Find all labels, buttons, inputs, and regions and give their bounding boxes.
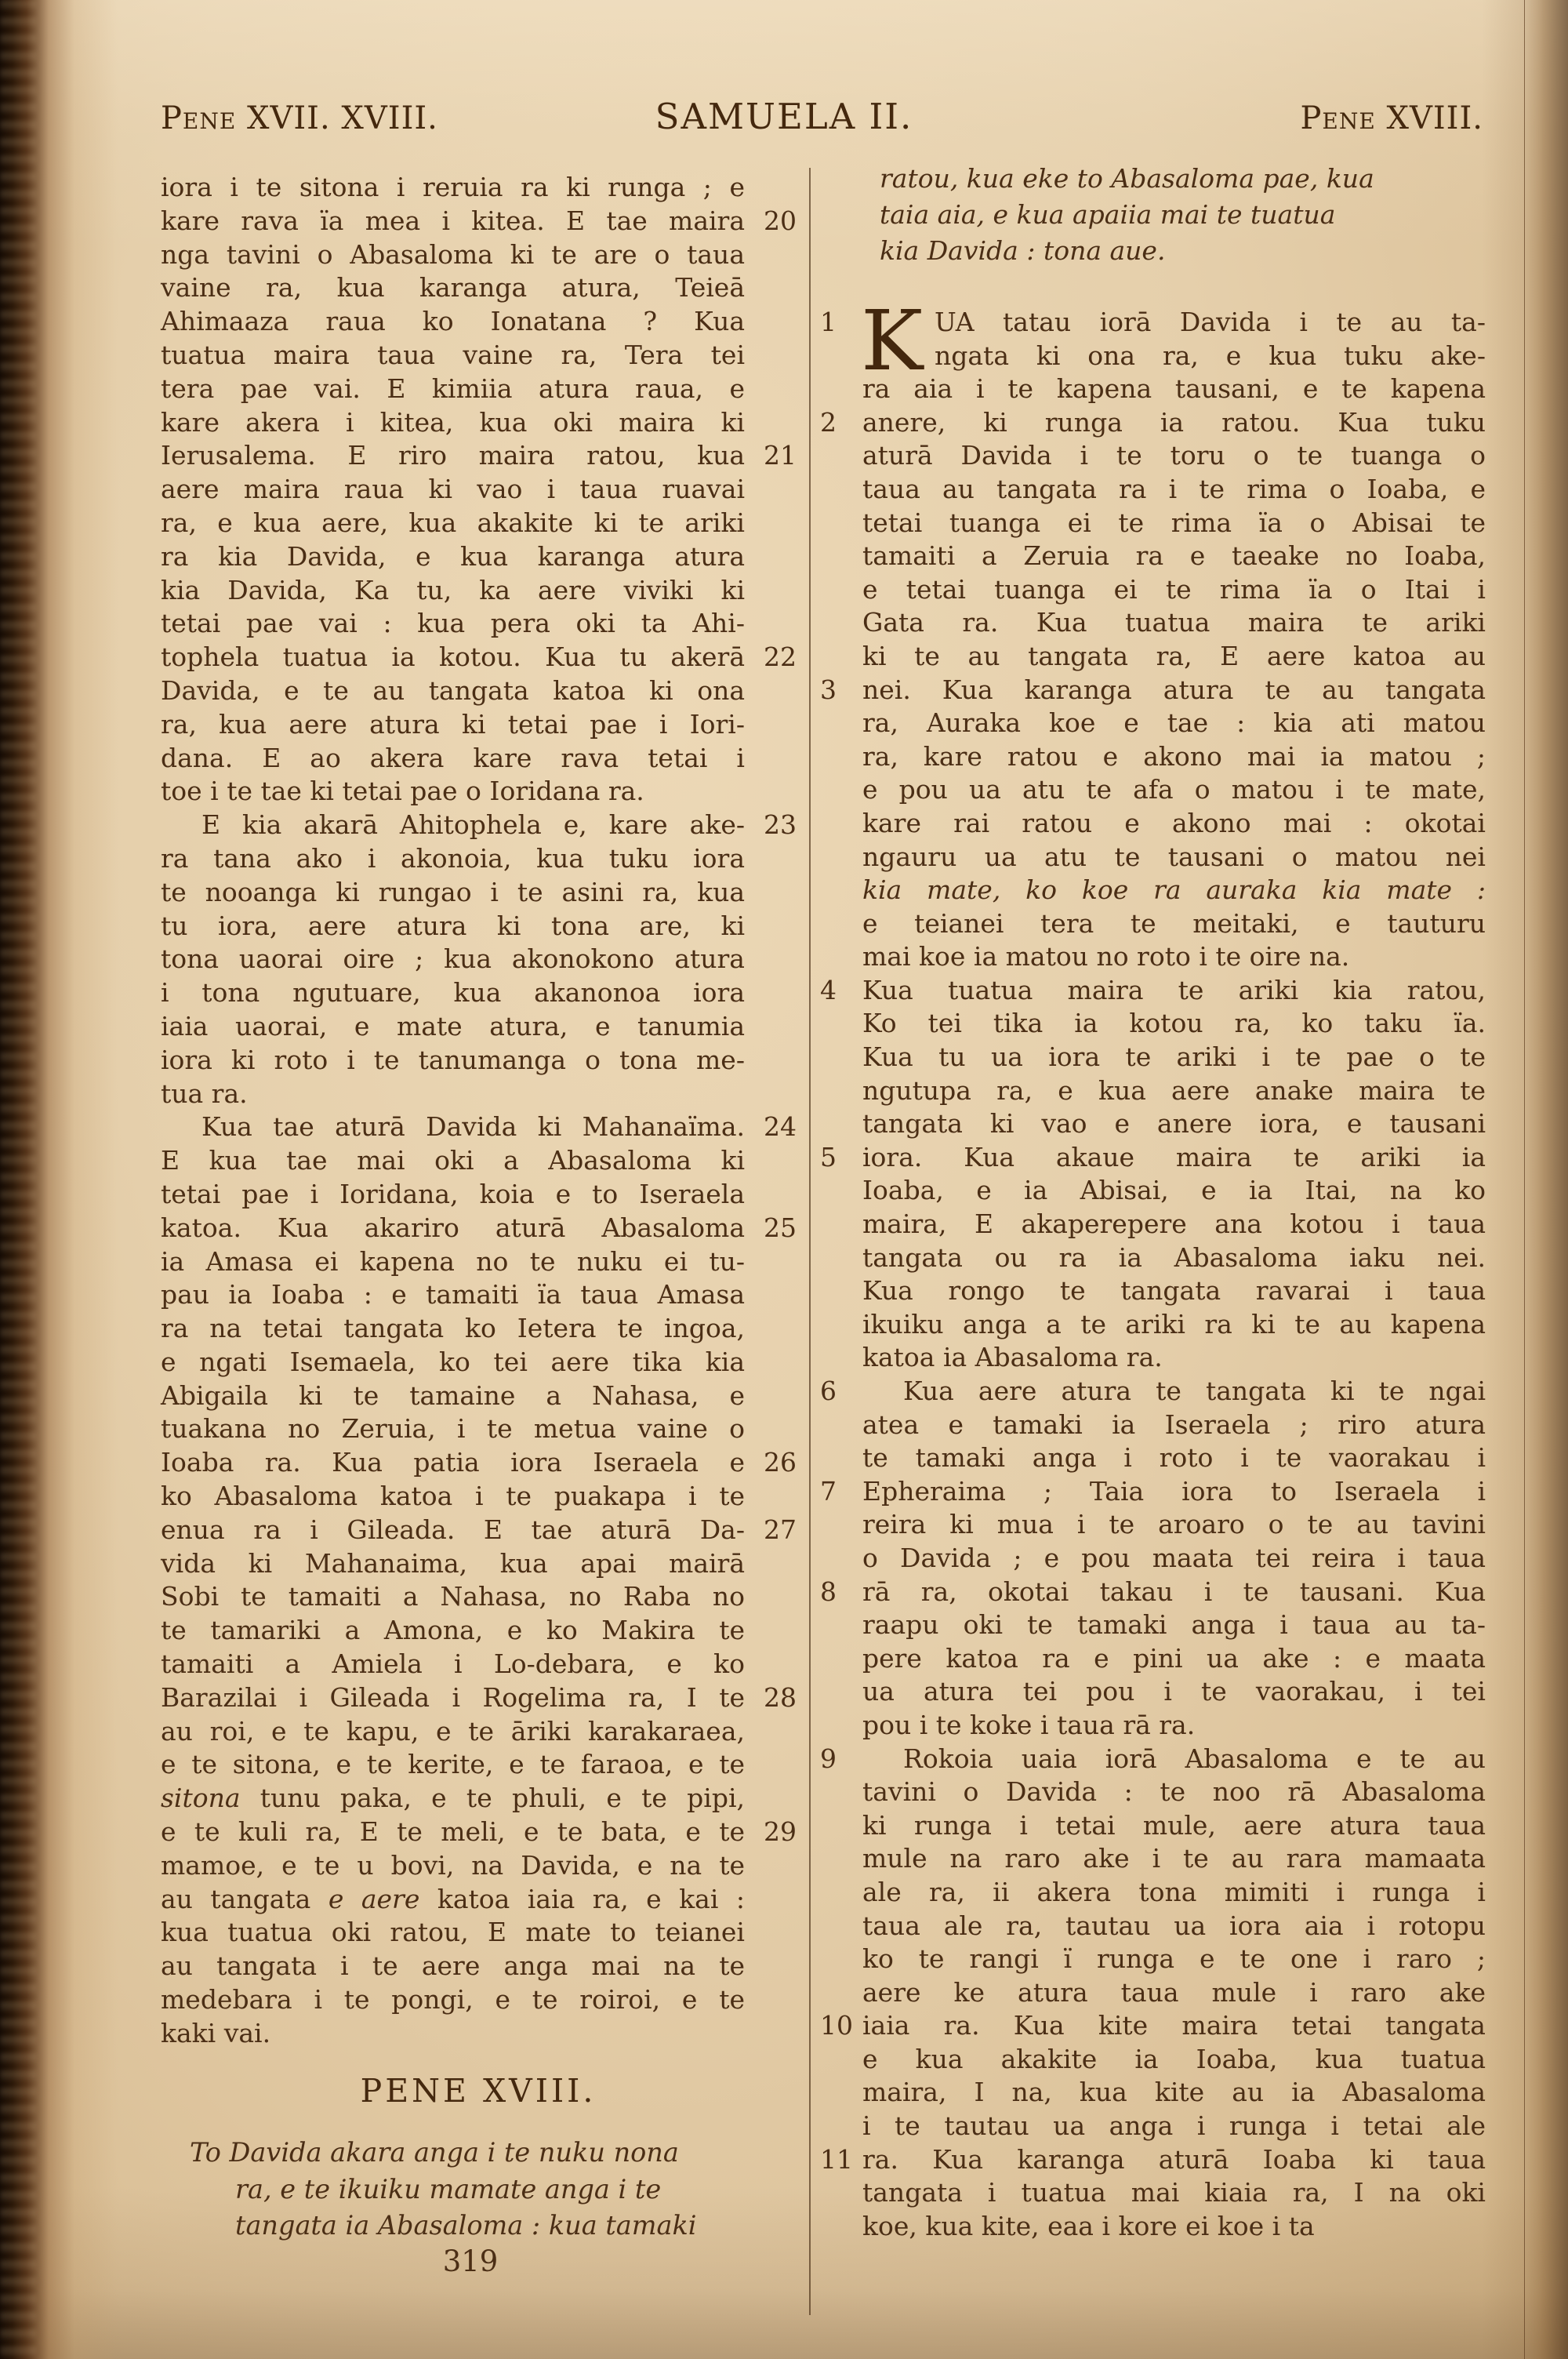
text-line-content: tu iora, aere atura ki tona are, ki xyxy=(161,911,745,941)
text-line: 25katoa. Kua akariro aturā Abasaloma xyxy=(161,1212,745,1245)
text-line: 3nei. Kua karanga atura te au tangata xyxy=(862,674,1486,707)
verse-number: 23 xyxy=(764,809,818,842)
text-line-content: ra tana ako i akonoia, kua tuku iora xyxy=(161,843,745,874)
text-line: ra na tetai tangata ko Ietera te ingoa, xyxy=(161,1312,745,1346)
text-line-content: ra na tetai tangata ko Ietera te ingoa, xyxy=(161,1313,745,1343)
text-line: tuakana no Zeruia, i te metua vaine o xyxy=(161,1412,745,1446)
text-line-content: ra, e kua aere, kua akakite ki te ariki xyxy=(161,507,745,538)
text-line-content: anere, ki runga ia ratou. Kua tuku xyxy=(862,407,1486,438)
text-line-content: Ierusalema. E riro maira ratou, kua xyxy=(161,440,745,471)
text-line-content: mule na raro ake i te au rara mamaata xyxy=(862,1843,1486,1874)
text-line-content: Rokoia uaia iorā Abasaloma e te au xyxy=(903,1743,1486,1774)
verse-number: 5 xyxy=(820,1141,859,1175)
text-line: mule na raro ake i te au rara mamaata xyxy=(862,1842,1486,1876)
text-line: aere ke atura taua mule i raro ake xyxy=(862,1976,1486,2010)
text-line-content: ra, Auraka koe e tae : kia ati matou xyxy=(862,707,1486,738)
text-line: 8rā ra, okotai takau i te tausani. Kua xyxy=(862,1576,1486,1609)
text-line-content: rā ra, okotai takau i te tausani. Kua xyxy=(862,1576,1486,1607)
text-line: ko Abasaloma katoa i te puakapa i te xyxy=(161,1480,745,1514)
text-line: ra kia Davida, e kua karanga atura xyxy=(161,540,745,574)
text-line: ngata ki ona ra, e kua tuku ake- xyxy=(862,340,1486,373)
text-line-content: pau ia Ioaba : e tamaiti ïa taua Amasa xyxy=(161,1279,745,1310)
text-line-content: katoa ia Abasaloma ra. xyxy=(862,1342,1163,1372)
text-line: e teianei tera te meitaki, e tauturu xyxy=(862,907,1486,941)
text-line: e kua akakite ia Ioaba, kua tuatua xyxy=(862,2043,1486,2077)
running-head-title: SAMUELA II. xyxy=(619,96,949,137)
text-line: Ahimaaza raua ko Ionatana ? Kua xyxy=(161,305,745,339)
text-line-content: maira, I na, kua kite au ia Abasaloma xyxy=(862,2077,1486,2107)
text-line: reira ki mua i te aroaro o te au tavini xyxy=(862,1508,1486,1542)
text-line-content: vaine ra, kua karanga atura, Teieā xyxy=(161,272,745,303)
text-line-content: e teianei tera te meitaki, e tauturu xyxy=(862,908,1486,939)
text-line: kaki vai. xyxy=(161,2017,745,2051)
verse-number: 4 xyxy=(820,974,859,1008)
text-line-content: aere ke atura taua mule i raro ake xyxy=(862,1977,1486,2008)
summary-line: ratou, kua eke to Abasaloma pae, kua xyxy=(880,161,1496,197)
text-line-content: ra. Kua karanga aturā Ioaba ki taua xyxy=(862,2144,1486,2175)
text-line-content: te nooanga ki rungao i te asini ra, kua xyxy=(161,877,745,907)
text-line-content: e te kuli ra, E te meli, e te bata, e te xyxy=(161,1816,745,1847)
text-line-content: tamaiti a Amiela i Lo-debara, e ko xyxy=(161,1648,745,1679)
text-line: 20kare rava ïa mea i kitea. E tae maira xyxy=(161,205,745,238)
text-line: kia mate, ko koe ra auraka kia mate : xyxy=(862,874,1486,907)
text-line: tangata ki vao e anere iora, e tausani xyxy=(862,1107,1486,1141)
text-line: medebara i te pongi, e te roiroi, e te xyxy=(161,1983,745,2017)
text-line: 5iora. Kua akaue maira te ariki ia xyxy=(862,1141,1486,1175)
text-line-content: koe, kua kite, eaa i kore ei koe i ta xyxy=(862,2211,1315,2241)
text-line: 4Kua tuatua maira te ariki kia ratou, xyxy=(862,974,1486,1008)
summary-line-content: kia Davida : tona aue. xyxy=(880,235,1165,266)
text-line: kare akera i kitea, kua oki maira ki xyxy=(161,406,745,440)
text-line-content: tangata ou ra ia Abasaloma iaku nei. xyxy=(862,1242,1486,1273)
page-right-edge xyxy=(1524,0,1568,2359)
text-line: kua tuatua oki ratou, E mate to teianei xyxy=(161,1916,745,1950)
text-line-content: e te sitona, e te kerite, e te faraoa, e… xyxy=(161,1749,745,1779)
text-line: tu iora, aere atura ki tona are, ki xyxy=(161,910,745,943)
summary-line: ra, e te ikuiku mamate anga i te xyxy=(190,2172,762,2208)
text-line: tavini o Davida : te noo rā Abasaloma xyxy=(862,1776,1486,1809)
text-line-content: Ahimaaza raua ko Ionatana ? Kua xyxy=(161,306,745,336)
text-line: ale ra, ii akera tona mimiti i runga i xyxy=(862,1876,1486,1910)
text-line-content: UA tatau iorā Davida i te au ta- xyxy=(935,307,1486,337)
text-line: ra aia i te kapena tausani, e te kapena xyxy=(862,373,1486,406)
text-line: atea e tamaki ia Iseraela ; riro atura xyxy=(862,1408,1486,1442)
text-line: 2anere, ki runga ia ratou. Kua tuku xyxy=(862,406,1486,440)
text-line-content: Ko tei tika ia kotou ra, ko taku ïa. xyxy=(862,1008,1486,1038)
running-head-left: Pene XVII. XVIII. xyxy=(161,100,438,136)
text-line-content: mamoe, e te u bovi, na Davida, e na te xyxy=(161,1850,745,1881)
text-line: ra, Auraka koe e tae : kia ati matou xyxy=(862,707,1486,740)
text-line-content: iaia ra. Kua kite maira tetai tangata xyxy=(862,2010,1486,2041)
text-line-content: ale ra, ii akera tona mimiti i runga i xyxy=(862,1877,1486,1907)
text-line: ua atura tei pou i te vaorakau, i tei xyxy=(862,1675,1486,1709)
verse-number: 11 xyxy=(820,2143,859,2177)
text-line: ra, kua aere atura ki tetai pae i Iori- xyxy=(161,708,745,742)
verse-number: 29 xyxy=(764,1816,818,1849)
text-line-content: tua ra. xyxy=(161,1078,248,1109)
text-line-content: katoa. Kua akariro aturā Abasaloma xyxy=(161,1212,745,1243)
text-line: 6Kua aere atura te tangata ki te ngai xyxy=(862,1375,1486,1408)
text-line: tera pae vai. E kimiia atura raua, e xyxy=(161,373,745,406)
text-line: tetai tuanga ei te rima ïa o Abisai te xyxy=(862,507,1486,540)
text-line: 29e te kuli ra, E te meli, e te bata, e … xyxy=(161,1816,745,1849)
text-line-content: te tamaki anga i roto i te vaorakau i xyxy=(862,1442,1486,1473)
text-line: tona uaorai oire ; kua akonokono atura xyxy=(161,943,745,976)
text-line-content: iora. Kua akaue maira te ariki ia xyxy=(862,1142,1486,1172)
text-line: tamaiti a Zeruia ra e taeake no Ioaba, xyxy=(862,540,1486,573)
text-line-content: e pou ua atu te afa o matou i te mate, xyxy=(862,774,1486,805)
verse-number: 20 xyxy=(764,205,818,238)
text-line-content: ngutupa ra, e kua aere anake maira te xyxy=(862,1075,1486,1106)
text-line-content: taua au tangata ra i te rima o Ioaba, e xyxy=(862,474,1486,504)
text-line: vida ki Mahanaima, kua apai mairā xyxy=(161,1547,745,1581)
text-line: ikuiku anga a te ariki ra ki te au kapen… xyxy=(862,1308,1486,1342)
text-line-content: tangata i tuatua mai kiaia ra, I na oki xyxy=(862,2177,1486,2208)
right-text-column: K 1UA tatau iorā Davida i te au ta-ngata… xyxy=(862,306,1486,2243)
text-line-content: Kua tuatua maira te ariki kia ratou, xyxy=(862,975,1486,1005)
chapter-summary-right: ratou, kua eke to Abasaloma pae, kuataia… xyxy=(880,161,1496,269)
summary-line-content: To Davida akara anga i te nuku nona xyxy=(190,2137,679,2168)
text-line: iora i te sitona i reruia ra ki runga ; … xyxy=(161,171,745,205)
verse-number: 22 xyxy=(764,641,818,674)
page-number: 319 xyxy=(161,2245,780,2278)
chapter-heading: PENE XVIII. xyxy=(182,2072,775,2110)
text-line-content: taua ale ra, tautau ua iora aia i rotopu xyxy=(862,1910,1486,1941)
text-line: tua ra. xyxy=(161,1078,745,1111)
book-page-scan: { "header": { "left": "Pene XVII. XVIII.… xyxy=(0,0,1568,2359)
text-line-content: e kua akakite ia Ioaba, kua tuatua xyxy=(862,2044,1486,2074)
text-line-content: vida ki Mahanaima, kua apai mairā xyxy=(161,1548,745,1579)
book-gutter-shadow xyxy=(0,0,36,2359)
text-line-content: ra aia i te kapena tausani, e te kapena xyxy=(862,373,1486,404)
text-line-content: ua atura tei pou i te vaorakau, i tei xyxy=(862,1676,1486,1707)
text-line: te tamariki a Amona, e ko Makira te xyxy=(161,1614,745,1648)
text-line-content: ra, kare ratou e akono mai ia matou ; xyxy=(862,741,1486,772)
text-line-content: kia mate, ko koe ra auraka kia mate : xyxy=(862,874,1486,905)
text-line: e pou ua atu te afa o matou i te mate, xyxy=(862,773,1486,807)
text-line: ko te rangi ï runga e te one i raro ; xyxy=(862,1943,1486,1976)
text-line: ngutupa ra, e kua aere anake maira te xyxy=(862,1074,1486,1108)
text-line-content: tetai pae i Ioridana, koia e to Iseraela xyxy=(161,1179,745,1209)
text-line-content: pou i te koke i taua rā ra. xyxy=(862,1710,1195,1740)
text-line-content: ikuiku anga a te ariki ra ki te au kapen… xyxy=(862,1309,1486,1339)
text-line: ia Amasa ei kapena no te nuku ei tu- xyxy=(161,1245,745,1279)
text-line-content: au tangata e aere katoa iaia ra, e kai : xyxy=(161,1884,745,1914)
text-line: te tamaki anga i roto i te vaorakau i xyxy=(862,1441,1486,1475)
text-line: Gata ra. Kua tuatua maira te ariki xyxy=(862,606,1486,640)
summary-line: kia Davida : tona aue. xyxy=(880,233,1496,269)
text-line-content: tona uaorai oire ; kua akonokono atura xyxy=(161,943,745,974)
text-line-content: Kua tae aturā Davida ki Mahanaïma. xyxy=(201,1111,745,1142)
verse-number: 2 xyxy=(820,406,859,440)
text-line: pere katoa ra e pini ua ake : e maata xyxy=(862,1642,1486,1676)
text-line: nga tavini o Abasaloma ki te are o taua xyxy=(161,238,745,272)
text-line-content: pere katoa ra e pini ua ake : e maata xyxy=(862,1643,1486,1674)
text-line: 26Ioaba ra. Kua patia iora Iseraela e xyxy=(161,1446,745,1480)
text-line-content: kua tuatua oki ratou, E mate to teianei xyxy=(161,1917,745,1947)
text-line: maira, I na, kua kite au ia Abasaloma xyxy=(862,2076,1486,2110)
text-line: Ko tei tika ia kotou ra, ko taku ïa. xyxy=(862,1007,1486,1041)
text-line-content: tetai tuanga ei te rima ïa o Abisai te xyxy=(862,507,1486,538)
text-line-content: Sobi te tamaiti a Nahasa, no Raba no xyxy=(161,1581,745,1612)
verse-number: 8 xyxy=(820,1576,859,1609)
text-line: tamaiti a Amiela i Lo-debara, e ko xyxy=(161,1648,745,1681)
text-line-content: tuakana no Zeruia, i te metua vaine o xyxy=(161,1413,745,1444)
text-line: iaia uaorai, e mate atura, e tanumia xyxy=(161,1010,745,1044)
text-line: sitona tunu paka, e te phuli, e te pipi, xyxy=(161,1782,745,1816)
text-line-content: tetai pae vai : kua pera oki ta Ahi- xyxy=(161,608,745,638)
text-line-content: te tamariki a Amona, e ko Makira te xyxy=(161,1615,745,1645)
text-line: 27enua ra i Gileada. E tae aturā Da- xyxy=(161,1514,745,1547)
text-line-content: i tona ngutuare, kua akanonoa iora xyxy=(161,977,745,1008)
text-line: mamoe, e te u bovi, na Davida, e na te xyxy=(161,1849,745,1883)
verse-number: 21 xyxy=(764,439,818,473)
text-line-content: toe i te tae ki tetai pae o Ioridana ra. xyxy=(161,776,644,806)
text-line: E kua tae mai oki a Abasaloma ki xyxy=(161,1144,745,1178)
text-line: 10iaia ra. Kua kite maira tetai tangata xyxy=(862,2009,1486,2043)
text-line-content: Kua rongo te tangata ravarai i taua xyxy=(862,1275,1486,1306)
text-line: aere maira raua ki vao i taua ruavai xyxy=(161,473,745,507)
text-line-content: aere maira raua ki vao i taua ruavai xyxy=(161,474,745,504)
text-line: 11ra. Kua karanga aturā Ioaba ki taua xyxy=(862,2143,1486,2177)
text-line-content: au roi, e te kapu, e te āriki karakaraea… xyxy=(161,1716,745,1747)
text-line-content: iora i te sitona i reruia ra ki runga ; … xyxy=(161,172,745,202)
text-line-content: sitona tunu paka, e te phuli, e te pipi, xyxy=(161,1783,745,1813)
text-line-content: i te tautau ua anga i runga i tetai ale xyxy=(862,2110,1486,2141)
text-line: ki runga i tetai mule, aere atura taua xyxy=(862,1809,1486,1843)
text-line: mai koe ia matou no roto i te oire na. xyxy=(862,940,1486,974)
text-line-content: Barazilai i Gileada i Rogelima ra, I te xyxy=(161,1682,745,1713)
text-line-content: ra kia Davida, e kua karanga atura xyxy=(161,541,745,572)
text-line: vaine ra, kua karanga atura, Teieā xyxy=(161,271,745,305)
verse-number: 6 xyxy=(820,1375,859,1408)
text-line: au tangata i te aere anga mai na te xyxy=(161,1950,745,1983)
text-line: 7Epheraima ; Taia iora to Iseraela i xyxy=(862,1475,1486,1509)
summary-line-content: ra, e te ikuiku mamate anga i te xyxy=(235,2174,661,2205)
text-line: 28Barazilai i Gileada i Rogelima ra, I t… xyxy=(161,1681,745,1715)
text-line: i te tautau ua anga i runga i tetai ale xyxy=(862,2110,1486,2143)
summary-line-content: ratou, kua eke to Abasaloma pae, kua xyxy=(880,163,1374,194)
text-line-content: nga tavini o Abasaloma ki te are o taua xyxy=(161,239,745,270)
text-line: e tetai tuanga ei te rima ïa o Itai i xyxy=(862,573,1486,607)
text-line-content: tavini o Davida : te noo rā Abasaloma xyxy=(862,1776,1486,1807)
text-line: Kua tu ua iora te ariki i te pae o te xyxy=(862,1041,1486,1074)
text-line: maira, E akaperepere ana kotou i taua xyxy=(862,1208,1486,1241)
text-line: dana. E ao akera kare rava tetai i xyxy=(161,742,745,776)
text-line-content: kia Davida, Ka tu, ka aere viviki ki xyxy=(161,575,745,605)
text-line: Abigaila ki te tamaine a Nahasa, e xyxy=(161,1379,745,1413)
text-line-content: kaki vai. xyxy=(161,2018,270,2048)
text-line: ra, e kua aere, kua akakite ki te ariki xyxy=(161,507,745,540)
text-line: ngauru ua atu te tausani o matou nei xyxy=(862,841,1486,874)
verse-number: 24 xyxy=(764,1110,818,1144)
text-line: tetai pae i Ioridana, koia e to Iseraela xyxy=(161,1178,745,1212)
text-line-content: reira ki mua i te aroaro o te au tavini xyxy=(862,1509,1486,1539)
running-head-right: Pene XVIII. xyxy=(1176,100,1483,136)
verse-number: 9 xyxy=(820,1743,859,1776)
text-line-content: mai koe ia matou no roto i te oire na. xyxy=(862,941,1349,972)
text-line-content: Kua aere atura te tangata ki te ngai xyxy=(903,1376,1486,1406)
text-line: toe i te tae ki tetai pae o Ioridana ra. xyxy=(161,775,745,809)
text-line-content: kare rai ratou e akono mai : okotai xyxy=(862,808,1486,838)
text-line-content: ki runga i tetai mule, aere atura taua xyxy=(862,1810,1486,1841)
verse-number: 27 xyxy=(764,1514,818,1547)
text-line: tuatua maira taua vaine ra, Tera tei xyxy=(161,339,745,373)
text-line-content: aturā Davida i te toru o te tuanga o xyxy=(862,440,1486,471)
text-line-content: nei. Kua karanga atura te au tangata xyxy=(862,674,1486,705)
summary-line: To Davida akara anga i te nuku nona xyxy=(190,2135,762,2172)
verse-number: 26 xyxy=(764,1446,818,1480)
text-line-content: ki te au tangata ra, E aere katoa au xyxy=(862,641,1486,671)
text-line: Kua rongo te tangata ravarai i taua xyxy=(862,1274,1486,1308)
verse-number: 3 xyxy=(820,674,859,707)
text-line: taua au tangata ra i te rima o Ioaba, e xyxy=(862,473,1486,507)
text-line-content: ko te rangi ï runga e te one i raro ; xyxy=(862,1943,1486,1974)
text-line-content: dana. E ao akera kare rava tetai i xyxy=(161,743,745,773)
text-line: Ioaba, e ia Abisai, e ia Itai, na ko xyxy=(862,1174,1486,1208)
text-line-content: Epheraima ; Taia iora to Iseraela i xyxy=(862,1476,1486,1507)
text-line-content: kare akera i kitea, kua oki maira ki xyxy=(161,407,745,438)
summary-line-content: taia aia, e kua apaiia mai te tuatua xyxy=(880,199,1335,230)
text-line: aturā Davida i te toru o te tuanga o xyxy=(862,439,1486,473)
text-line-content: e ngati Isemaela, ko tei aere tika kia xyxy=(161,1347,745,1377)
text-line: 1UA tatau iorā Davida i te au ta- xyxy=(862,306,1486,340)
chapter-summary-left: To Davida akara anga i te nuku nonara, e… xyxy=(190,2135,762,2245)
text-line-content: ngauru ua atu te tausani o matou nei xyxy=(862,841,1486,872)
text-line: 23E kia akarā Ahitophela e, kare ake- xyxy=(161,809,745,842)
text-line: au roi, e te kapu, e te āriki karakaraea… xyxy=(161,1715,745,1749)
text-line: Davida, e te au tangata katoa ki ona xyxy=(161,674,745,708)
text-line: i tona ngutuare, kua akanonoa iora xyxy=(161,976,745,1010)
summary-line-content: tangata ia Abasaloma : kua tamaki xyxy=(235,2210,697,2241)
text-line: iora ki roto i te tanumanga o tona me- xyxy=(161,1044,745,1078)
text-line: Sobi te tamaiti a Nahasa, no Raba no xyxy=(161,1580,745,1614)
text-line: 9Rokoia uaia iorā Abasaloma e te au xyxy=(862,1743,1486,1776)
verse-number: 28 xyxy=(764,1681,818,1715)
summary-line: taia aia, e kua apaiia mai te tuatua xyxy=(880,197,1496,233)
text-line: 21Ierusalema. E riro maira ratou, kua xyxy=(161,439,745,473)
text-line: raapu oki te tamaki anga i taua au ta- xyxy=(862,1608,1486,1642)
text-line-content: Ioaba ra. Kua patia iora Iseraela e xyxy=(161,1447,745,1478)
text-line-content: Ioaba, e ia Abisai, e ia Itai, na ko xyxy=(862,1175,1486,1205)
text-line-content: tuatua maira taua vaine ra, Tera tei xyxy=(161,340,745,370)
text-line: katoa ia Abasaloma ra. xyxy=(862,1341,1486,1375)
text-line-content: ngata ki ona ra, e kua tuku ake- xyxy=(935,340,1486,371)
text-line-content: atea e tamaki ia Iseraela ; riro atura xyxy=(862,1409,1486,1440)
text-line-content: enua ra i Gileada. E tae aturā Da- xyxy=(161,1514,745,1545)
text-line: tangata ou ra ia Abasaloma iaku nei. xyxy=(862,1241,1486,1275)
verse-number: 10 xyxy=(820,2009,859,2043)
text-line-content: au tangata i te aere anga mai na te xyxy=(161,1950,745,1981)
text-line-content: E kua tae mai oki a Abasaloma ki xyxy=(161,1145,745,1176)
text-line-content: kare rava ïa mea i kitea. E tae maira xyxy=(161,205,745,236)
text-line: pou i te koke i taua rā ra. xyxy=(862,1709,1486,1743)
text-line-content: raapu oki te tamaki anga i taua au ta- xyxy=(862,1609,1486,1640)
text-line: e te sitona, e te kerite, e te faraoa, e… xyxy=(161,1748,745,1782)
text-line-content: e tetai tuanga ei te rima ïa o Itai i xyxy=(862,574,1486,605)
text-line-content: ko Abasaloma katoa i te puakapa i te xyxy=(161,1481,745,1511)
text-line: tetai pae vai : kua pera oki ta Ahi- xyxy=(161,607,745,641)
text-line: au tangata e aere katoa iaia ra, e kai : xyxy=(161,1883,745,1917)
text-line-content: E kia akarā Ahitophela e, kare ake- xyxy=(201,809,745,840)
text-line: o Davida ; e pou maata tei reira i taua xyxy=(862,1542,1486,1576)
text-line: kare rai ratou e akono mai : okotai xyxy=(862,807,1486,841)
text-line: te nooanga ki rungao i te asini ra, kua xyxy=(161,876,745,910)
text-line-content: Abigaila ki te tamaine a Nahasa, e xyxy=(161,1380,745,1411)
text-line-content: ra, kua aere atura ki tetai pae i Iori- xyxy=(161,709,745,740)
text-line: pau ia Ioaba : e tamaiti ïa taua Amasa xyxy=(161,1278,745,1312)
text-line-content: ia Amasa ei kapena no te nuku ei tu- xyxy=(161,1246,745,1277)
verse-number: 25 xyxy=(764,1212,818,1245)
text-line-content: iora ki roto i te tanumanga o tona me- xyxy=(161,1045,745,1075)
text-line: ra, kare ratou e akono mai ia matou ; xyxy=(862,740,1486,774)
text-line-content: tera pae vai. E kimiia atura raua, e xyxy=(161,373,745,404)
text-line: koe, kua kite, eaa i kore ei koe i ta xyxy=(862,2210,1486,2244)
text-line-content: tophela tuatua ia kotou. Kua tu akerā xyxy=(161,642,745,672)
summary-line: tangata ia Abasaloma : kua tamaki xyxy=(190,2208,762,2245)
text-line: ki te au tangata ra, E aere katoa au xyxy=(862,640,1486,674)
text-line: 24Kua tae aturā Davida ki Mahanaïma. xyxy=(161,1110,745,1144)
text-line-content: o Davida ; e pou maata tei reira i taua xyxy=(862,1543,1486,1573)
text-line: e ngati Isemaela, ko tei aere tika kia xyxy=(161,1346,745,1379)
text-line: tangata i tuatua mai kiaia ra, I na oki xyxy=(862,2176,1486,2210)
verse-number: 7 xyxy=(820,1475,859,1509)
text-line-content: Davida, e te au tangata katoa ki ona xyxy=(161,675,745,706)
text-line-content: Gata ra. Kua tuatua maira te ariki xyxy=(862,607,1486,638)
text-line: taua ale ra, tautau ua iora aia i rotopu xyxy=(862,1910,1486,1943)
text-line: ra tana ako i akonoia, kua tuku iora xyxy=(161,842,745,876)
text-line-content: tamaiti a Zeruia ra e taeake no Ioaba, xyxy=(862,540,1486,571)
verse-number: 1 xyxy=(820,306,859,340)
text-line-content: maira, E akaperepere ana kotou i taua xyxy=(862,1209,1486,1239)
text-line: kia Davida, Ka tu, ka aere viviki ki xyxy=(161,574,745,608)
left-text-column: iora i te sitona i reruia ra ki runga ; … xyxy=(161,171,745,2051)
text-line-content: tangata ki vao e anere iora, e tausani xyxy=(862,1108,1486,1139)
text-line-content: medebara i te pongi, e te roiroi, e te xyxy=(161,1984,745,2015)
text-line-content: iaia uaorai, e mate atura, e tanumia xyxy=(161,1011,745,1041)
text-line: 22tophela tuatua ia kotou. Kua tu akerā xyxy=(161,641,745,674)
text-line-content: Kua tu ua iora te ariki i te pae o te xyxy=(862,1041,1486,1072)
